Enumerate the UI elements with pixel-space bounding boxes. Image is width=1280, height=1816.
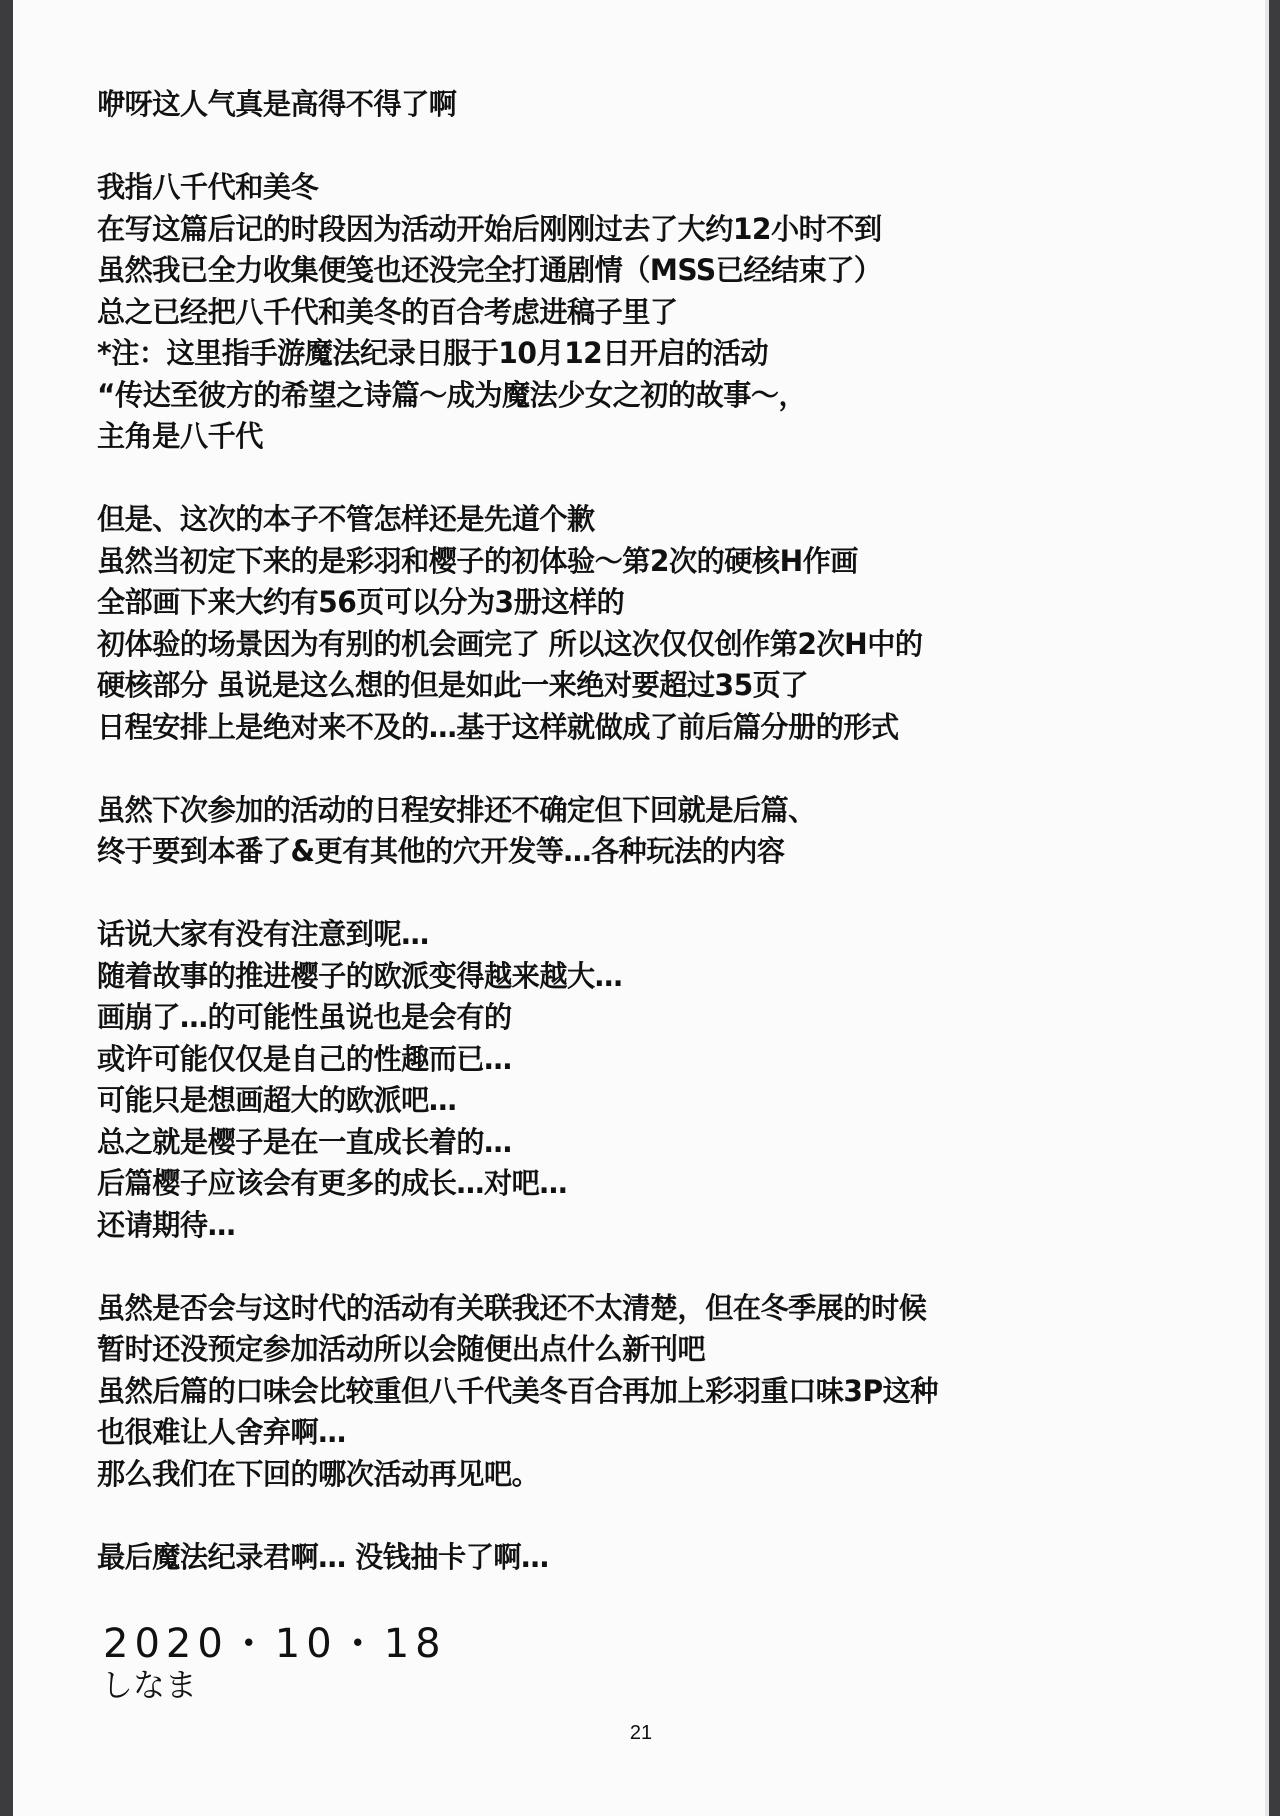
- author-signature: しなま: [101, 1660, 197, 1706]
- text-line: 随着故事的推进樱子的欧派变得越来越大…: [97, 956, 1213, 998]
- paragraph-gap: [97, 748, 1247, 790]
- text-line: 全部画下来大约有56页可以分为3册这样的: [97, 582, 1213, 624]
- text-line: 虽然是否会与这时代的活动有关联我还不太清楚，但在冬季展的时候: [97, 1288, 1213, 1330]
- text-line: 虽然后篇的口味会比较重但八千代美冬百合再加上彩羽重口味3P这种: [97, 1371, 1213, 1413]
- text-line: 后篇樱子应该会有更多的成长…对吧…: [97, 1163, 1213, 1205]
- text-line: 虽然下次参加的活动的日程安排还不确定但下回就是后篇、: [97, 790, 1213, 832]
- text-line: “传达至彼方的希望之诗篇～成为魔法少女之初的故事～，: [97, 375, 1213, 417]
- paragraph-gap: [97, 1246, 1247, 1288]
- text-line: 可能只是想画超大的欧派吧…: [97, 1080, 1213, 1122]
- text-line: 终于要到本番了&更有其他的穴开发等…各种玩法的内容: [97, 831, 1213, 873]
- text-line: 话说大家有没有注意到呢…: [97, 914, 1213, 956]
- text-line: 但是、这次的本子不管怎样还是先道个歉: [97, 499, 1213, 541]
- text-line: 初体验的场景因为有别的机会画完了 所以这次仅仅创作第2次H中的: [97, 624, 1213, 666]
- text-line: *注：这里指手游魔法纪录日服于10月12日开启的活动: [97, 333, 1213, 375]
- text-line: 在写这篇后记的时段因为活动开始后刚刚过去了大约12小时不到: [97, 209, 1213, 251]
- paragraph-gap: [97, 458, 1247, 500]
- text-line: 或许可能仅仅是自己的性趣而已…: [97, 1039, 1213, 1081]
- text-line: 咿呀这人气真是高得不得了啊: [97, 84, 1213, 126]
- text-line: 最后魔法纪录君啊… 没钱抽卡了啊…: [97, 1537, 1213, 1579]
- paragraph-gap: [97, 1495, 1247, 1537]
- afterword-text: 咿呀这人气真是高得不得了啊我指八千代和美冬在写这篇后记的时段因为活动开始后刚刚过…: [97, 84, 1247, 1578]
- text-line: 总之就是樱子是在一直成长着的…: [97, 1122, 1213, 1164]
- text-line: 那么我们在下回的哪次活动再见吧。: [97, 1454, 1213, 1496]
- text-line: 日程安排上是绝对来不及的…基于这样就做成了前后篇分册的形式: [97, 707, 1213, 749]
- document-page: 咿呀这人气真是高得不得了啊我指八千代和美冬在写这篇后记的时段因为活动开始后刚刚过…: [13, 0, 1269, 1816]
- text-line: 虽然我已全力收集便笺也还没完全打通剧情（MSS已经结束了）: [97, 250, 1213, 292]
- text-line: 主角是八千代: [97, 416, 1213, 458]
- paragraph-gap: [97, 126, 1247, 168]
- text-line: 硬核部分 虽说是这么想的但是如此一来绝对要超过35页了: [97, 665, 1213, 707]
- text-line: 还请期待…: [97, 1205, 1213, 1247]
- text-line: 我指八千代和美冬: [97, 167, 1213, 209]
- text-line: 画崩了…的可能性虽说也是会有的: [97, 997, 1213, 1039]
- page-number: 21: [13, 1722, 1269, 1745]
- text-line: 虽然当初定下来的是彩羽和樱子的初体验～第2次的硬核H作画: [97, 541, 1213, 583]
- text-line: 暂时还没预定参加活动所以会随便出点什么新刊吧: [97, 1329, 1213, 1371]
- text-line: 也很难让人舍弃啊…: [97, 1412, 1213, 1454]
- text-line: 总之已经把八千代和美冬的百合考虑进稿子里了: [97, 292, 1213, 334]
- paragraph-gap: [97, 873, 1247, 915]
